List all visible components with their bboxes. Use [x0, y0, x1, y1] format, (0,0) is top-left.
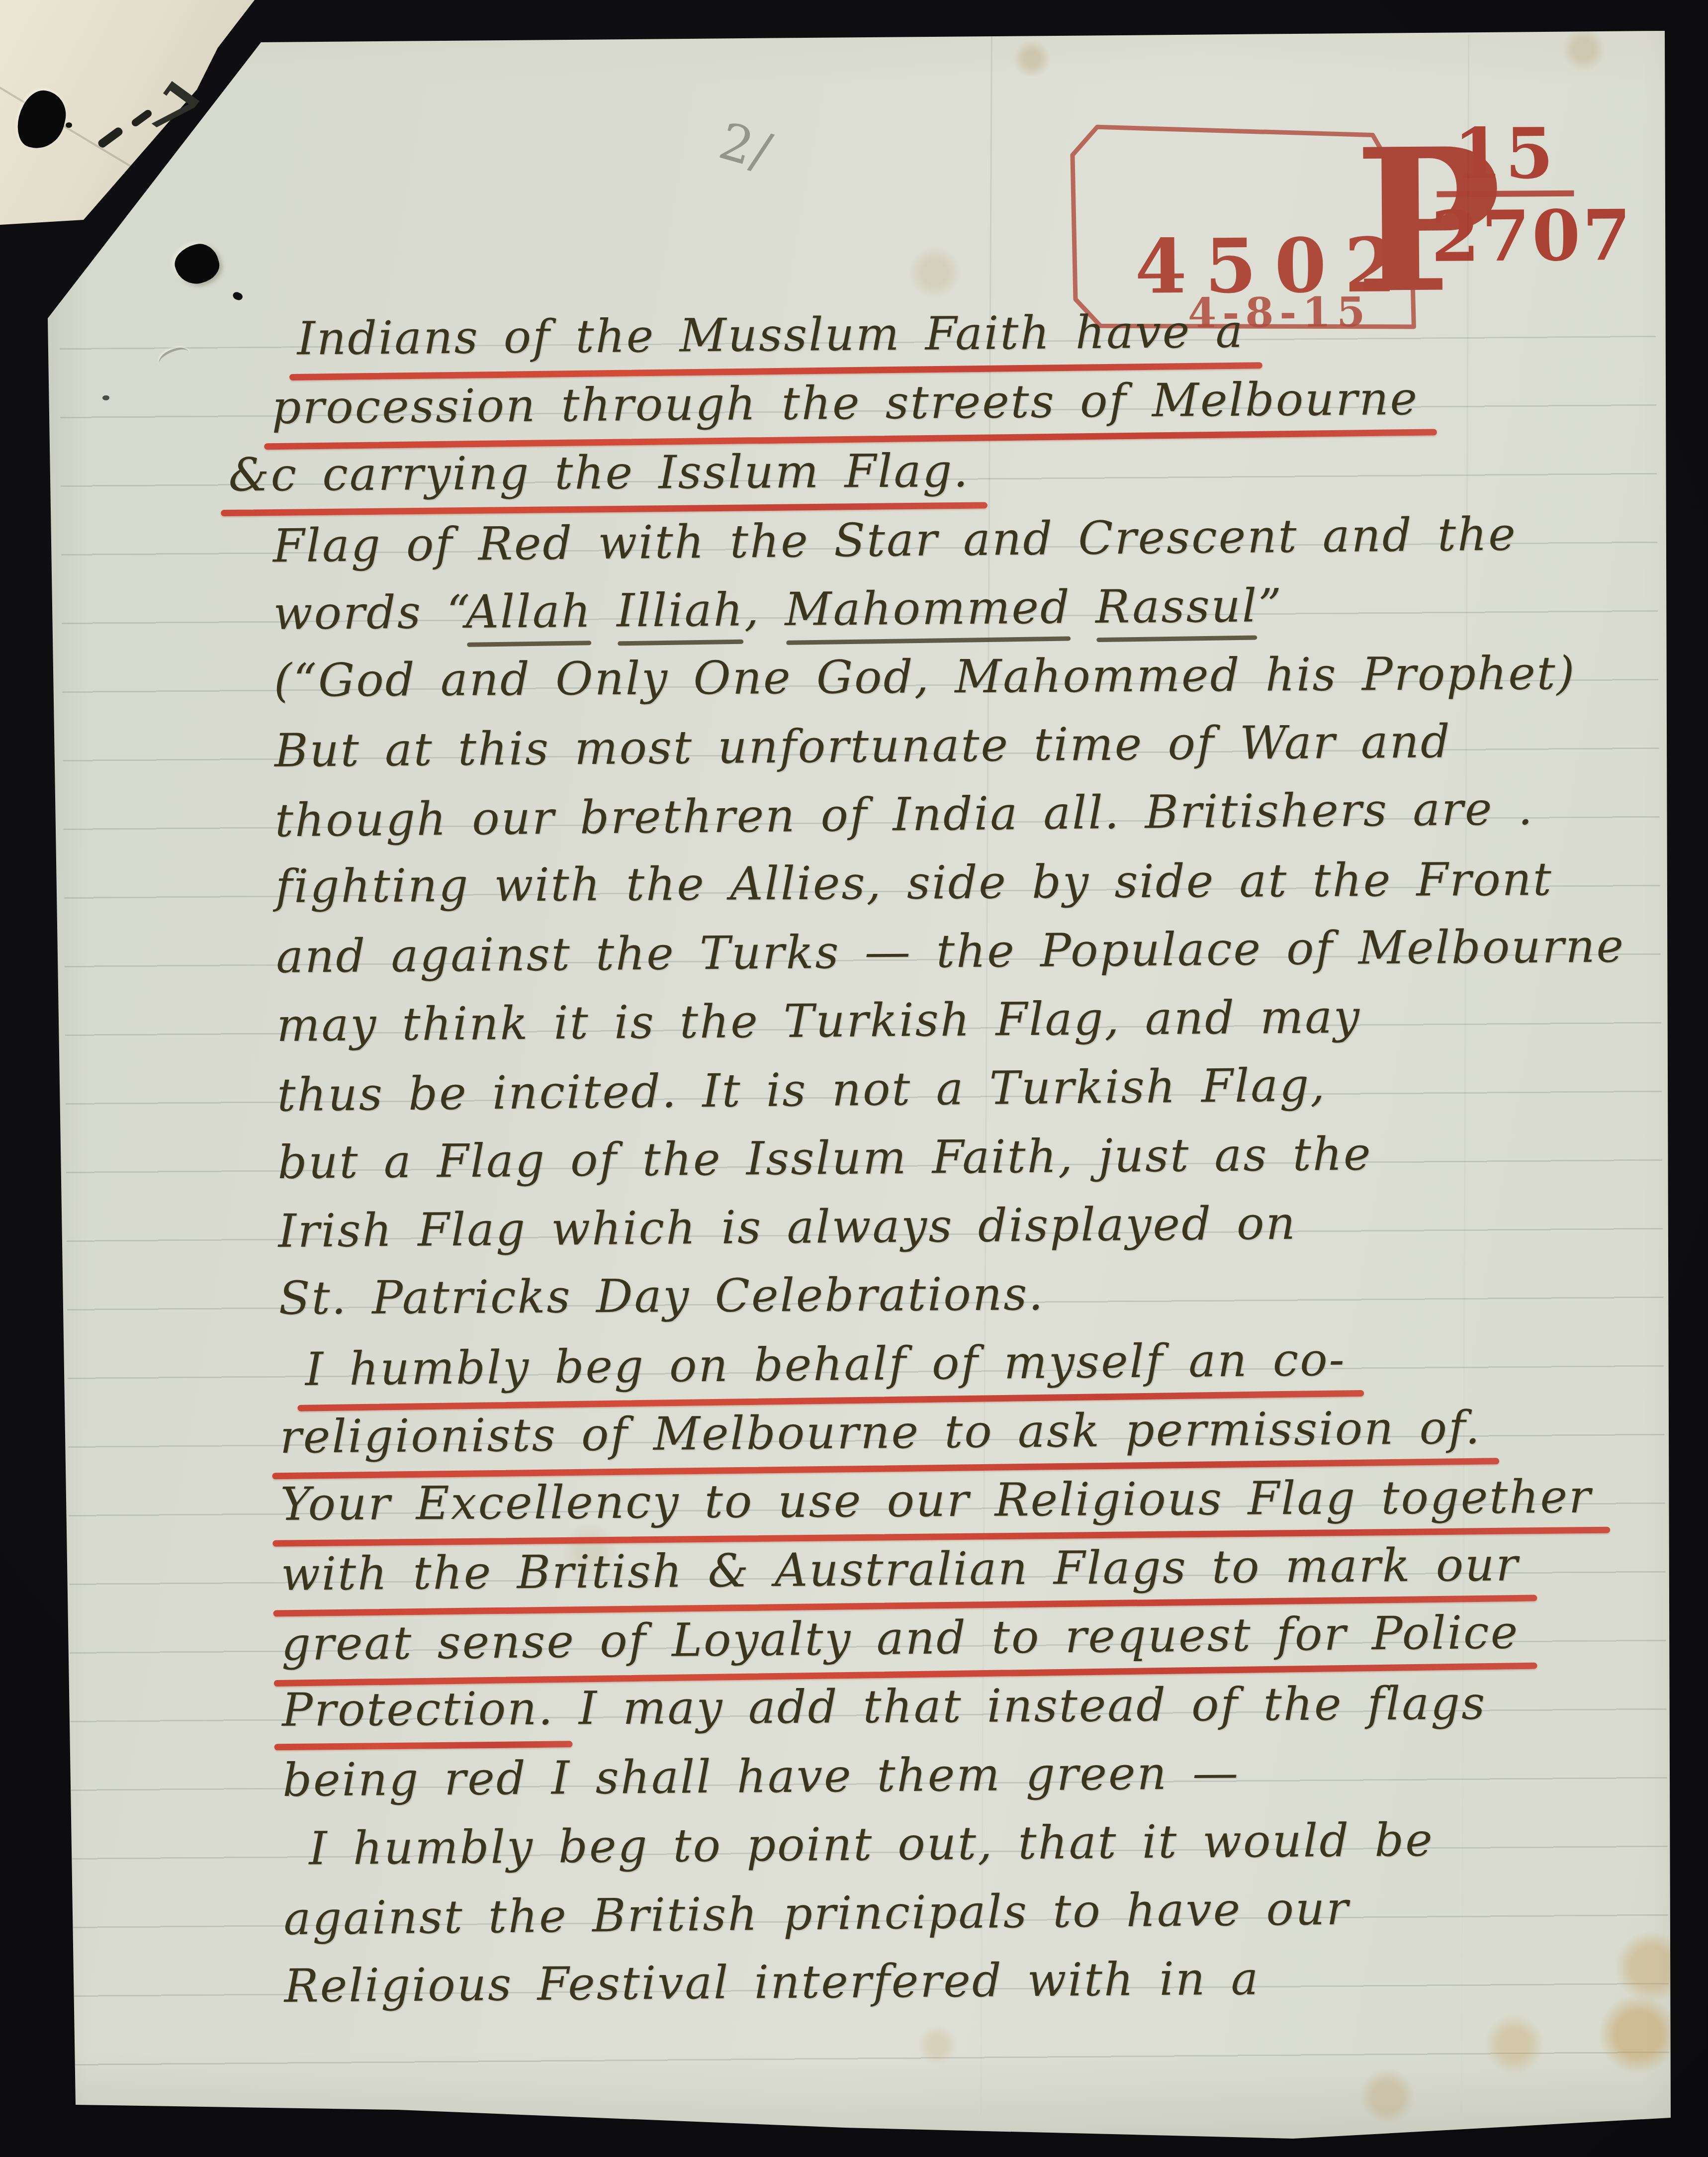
- letter-line-text: though our brethren of India all. Britis…: [274, 782, 1534, 847]
- phrase: procession through the streets of Melbou…: [271, 372, 1419, 434]
- phrase: &c carrying the Isslum Flag.: [228, 444, 969, 502]
- underlined-phrase: Allah: [465, 584, 592, 639]
- phrase: But at this most unfortunate time of War…: [274, 715, 1452, 777]
- letter-line: fighting with the Allies, side by side a…: [275, 852, 1683, 929]
- letter-line: Indians of the Musslum Faith have a: [271, 301, 1679, 381]
- letter-line: Religious Festival interfered with in a: [284, 1949, 1692, 2028]
- phrase: with the British & Australian Flags to m…: [281, 1538, 1520, 1601]
- phrase: ”: [1258, 579, 1283, 632]
- underlined-phrase: Illiah: [617, 583, 745, 638]
- phrase: [592, 584, 617, 638]
- phrase: words “: [273, 585, 465, 640]
- phrase: ,: [744, 583, 785, 637]
- letter-line-text: may think it is the Turkish Flag, and ma…: [276, 990, 1361, 1052]
- phrase: I humbly beg on behalf of myself an co-: [305, 1333, 1346, 1396]
- phrase: (“God and Only One God, Mahommed his Pro…: [274, 647, 1576, 707]
- letter-line: against the British principals to have o…: [283, 1878, 1691, 1961]
- phrase: thus be incited. It is not a Turkish Fla…: [277, 1058, 1327, 1122]
- underlined-phrase: Rassul: [1095, 579, 1259, 634]
- letter-line-text: and against the Turks — the Populace of …: [276, 920, 1625, 983]
- letter-line: Irish Flag which is always displayed on: [278, 1194, 1686, 1273]
- letter-line: I humbly beg on behalf of myself an co-: [279, 1329, 1687, 1411]
- letter-line-text: St. Patricks Day Celebrations.: [278, 1267, 1045, 1325]
- phrase: Your Excellency to use our Religious Fla…: [280, 1470, 1593, 1531]
- letter-line-text: great sense of Loyalty and to request fo…: [281, 1605, 1519, 1671]
- stamp-fraction-top: 15: [1430, 119, 1580, 189]
- phrase: fighting with the Allies, side by side a…: [275, 852, 1553, 913]
- letter-line: &c carrying the Isslum Flag.: [228, 440, 1680, 517]
- phrase: Religious Festival interfered with in a: [284, 1952, 1260, 2012]
- letter-line: But at this most unfortunate time of War…: [274, 713, 1682, 793]
- letter-line: procession through the streets of Melbou…: [271, 370, 1679, 450]
- letter-line-text: Indians of the Musslum Faith have a: [297, 305, 1245, 366]
- letter-line-text: words “Allah Illiah, Mahommed Rassul”: [273, 579, 1283, 640]
- phrase: Flag of Red with the Star and Crescent a…: [272, 507, 1517, 572]
- letter-line-text: procession through the streets of Melbou…: [271, 372, 1419, 434]
- letter-line: (“God and Only One God, Mahommed his Pro…: [274, 646, 1682, 723]
- letter-line-text: against the British principals to have o…: [283, 1882, 1350, 1946]
- letter-line-text: religionists of Melbourne to ask permiss…: [279, 1401, 1481, 1464]
- letter-line-text: Protection. I may add that instead of th…: [282, 1677, 1487, 1737]
- letter-line: Flag of Red with the Star and Crescent a…: [272, 506, 1680, 588]
- letter-line-text: (“God and Only One God, Mahommed his Pro…: [274, 647, 1576, 707]
- phrase: though our brethren of India all. Britis…: [274, 782, 1534, 847]
- letter-line: though our brethren of India all. Britis…: [274, 780, 1682, 862]
- letter-line-text: with the British & Australian Flags to m…: [281, 1538, 1520, 1601]
- letter-line-text: but a Flag of the Isslum Faith, just as …: [277, 1127, 1372, 1189]
- letter-line-text: being red I shall have them green —: [282, 1746, 1240, 1807]
- phrase: may think it is the Turkish Flag, and ma…: [276, 990, 1361, 1052]
- letter-line-text: thus be incited. It is not a Turkish Fla…: [277, 1058, 1327, 1122]
- phrase: against the British principals to have o…: [283, 1882, 1350, 1946]
- letter-line-text: Religious Festival interfered with in a: [284, 1952, 1260, 2012]
- stamp-fraction: 15 2707: [1430, 119, 1580, 272]
- phrase: but a Flag of the Isslum Faith, just as …: [277, 1127, 1372, 1189]
- letter-line: may think it is the Turkish Flag, and ma…: [276, 988, 1684, 1067]
- letter-line: thus be incited. It is not a Turkish Fla…: [277, 1055, 1685, 1137]
- letter-line-text: I humbly beg on behalf of myself an co-: [305, 1333, 1346, 1396]
- underlined-phrase: Protection.: [282, 1682, 554, 1737]
- phrase: I humbly beg to point out, that it would…: [309, 1813, 1434, 1876]
- underlined-phrase: Mahommed: [785, 580, 1071, 636]
- phrase: and against the Turks — the Populace of …: [276, 920, 1625, 983]
- stamp-fraction-bar: [1437, 190, 1574, 197]
- letter-line: with the British & Australian Flags to m…: [281, 1537, 1689, 1616]
- phrase: St. Patricks Day Celebrations.: [278, 1267, 1045, 1325]
- letter-line: being red I shall have them green —: [282, 1743, 1690, 1822]
- letter-line: Your Excellency to use our Religious Fla…: [280, 1470, 1688, 1546]
- letter-line-text: Flag of Red with the Star and Crescent a…: [272, 507, 1517, 572]
- letter-line: Protection. I may add that instead of th…: [282, 1676, 1690, 1752]
- letter-line: religionists of Melbourne to ask permiss…: [279, 1400, 1687, 1479]
- phrase: great sense of Loyalty and to request fo…: [281, 1605, 1519, 1671]
- letter-line: I humbly beg to point out, that it would…: [283, 1811, 1691, 1891]
- phrase: [1071, 580, 1095, 634]
- photograph-of-letter: { "stamp": { "number": "4502", "letter":…: [0, 0, 1708, 2157]
- letter-line: words “Allah Illiah, Mahommed Rassul”: [273, 576, 1681, 656]
- letter-line: but a Flag of the Isslum Faith, just as …: [277, 1125, 1685, 1205]
- letter-line-text: fighting with the Allies, side by side a…: [275, 852, 1553, 913]
- letter-line-text: I humbly beg to point out, that it would…: [309, 1813, 1434, 1876]
- stamp-fraction-bottom: 2707: [1431, 201, 1581, 272]
- phrase: religionists of Melbourne to ask permiss…: [279, 1401, 1481, 1464]
- letter-line-text: Irish Flag which is always displayed on: [278, 1197, 1297, 1258]
- phrase: being red I shall have them green —: [282, 1746, 1240, 1807]
- photo-background: 4502 P 15 2707 4-8-15 2/ Indians of the …: [0, 0, 1708, 2157]
- phrase: I may add that instead of the flags: [554, 1677, 1486, 1735]
- phrase: Irish Flag which is always displayed on: [278, 1197, 1297, 1258]
- letter-line: St. Patricks Day Celebrations.: [278, 1264, 1686, 1340]
- letter-line-text: Your Excellency to use our Religious Fla…: [280, 1470, 1593, 1531]
- letter-line-text: &c carrying the Isslum Flag.: [228, 444, 969, 502]
- letter-line-text: But at this most unfortunate time of War…: [274, 715, 1452, 777]
- letter-line: great sense of Loyalty and to request fo…: [281, 1604, 1689, 1686]
- phrase: Indians of the Musslum Faith have a: [297, 305, 1245, 366]
- scrap-small-hole: [66, 122, 72, 128]
- letter-line: and against the Turks — the Populace of …: [276, 919, 1684, 999]
- letter-body: Indians of the Musslum Faith have aproce…: [271, 301, 1692, 2028]
